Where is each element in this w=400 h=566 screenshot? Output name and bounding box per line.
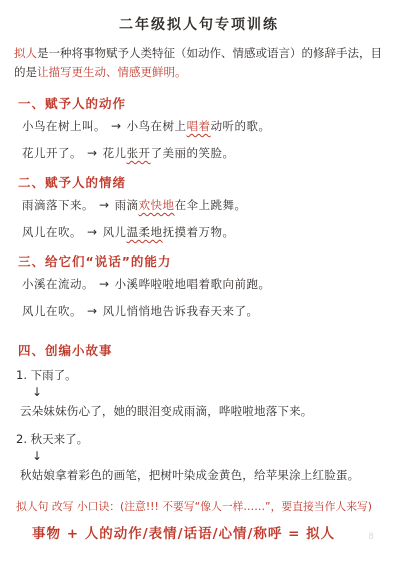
rewritten-post: 动听的歌。 bbox=[211, 119, 271, 133]
plain-sentence: 风儿在吹。 bbox=[22, 304, 82, 318]
example-sentence: 花儿开了。→花儿张开了美丽的笑脸。 bbox=[22, 145, 384, 161]
right-arrow-icon: → bbox=[111, 119, 122, 133]
plain-sentence: 小溪在流动。 bbox=[22, 277, 94, 291]
rewritten-post: 了美丽的笑脸。 bbox=[151, 146, 235, 160]
rewritten-post: 抚摸着万物。 bbox=[163, 225, 235, 239]
rewritten-pre: 雨滴 bbox=[115, 198, 139, 212]
marked-word: 唱着 bbox=[187, 119, 211, 133]
rewritten-post: 悄悄地告诉我春天来了。 bbox=[127, 304, 259, 318]
example-sentence: 雨滴落下来。→雨滴欢快地在伞上跳舞。 bbox=[22, 197, 384, 213]
example-sentence: 小鸟在树上叫。→小鸟在树上唱着动听的歌。 bbox=[22, 118, 384, 134]
intro-paragraph: 拟人是一种将事物赋予人类特征（如动作、情感或语言）的修辞手法，目的是让描写更生动… bbox=[14, 44, 384, 82]
section-heading-speech: 三、给它们“说话”的能力 bbox=[18, 252, 384, 270]
page-title: 二年级拟人句专项训练 bbox=[14, 14, 384, 34]
marked-word: 张开 bbox=[127, 146, 151, 160]
rewritten-pre: 小溪 bbox=[115, 277, 139, 291]
marked-word: 欢快地 bbox=[139, 198, 175, 212]
example-sentence: 小溪在流动。→小溪哗啦啦地唱着歌向前跑。 bbox=[22, 276, 384, 292]
worksheet-page: 二年级拟人句专项训练 拟人是一种将事物赋予人类特征（如动作、情感或语言）的修辞手… bbox=[0, 0, 400, 566]
section-heading-emotions: 二、赋予人的情绪 bbox=[18, 173, 384, 191]
right-arrow-icon: → bbox=[87, 225, 98, 239]
rewrite-tip: 拟人句 改写 小口诀：(注意!!! 不要写“像人一样……”，要直接当作人来写) bbox=[16, 499, 384, 514]
rewritten-pre: 小鸟在树上 bbox=[127, 119, 187, 133]
rewritten-pre: 风儿 bbox=[103, 304, 127, 318]
plain-sentence: 雨滴落下来。 bbox=[22, 198, 94, 212]
down-arrow-icon: ↓ bbox=[32, 449, 384, 463]
down-arrow-icon: ↓ bbox=[32, 385, 384, 399]
intro-term: 拟人 bbox=[14, 46, 37, 60]
rewritten-post: 哗啦啦地唱着歌向前跑。 bbox=[139, 277, 271, 291]
story-prompt: 2. 秋天来了。 bbox=[16, 431, 384, 447]
intro-purpose: 让描写更生动、情感更鲜明。 bbox=[37, 65, 187, 79]
rewritten-pre: 风儿 bbox=[103, 225, 127, 239]
right-arrow-icon: → bbox=[99, 277, 110, 291]
right-arrow-icon: → bbox=[87, 146, 98, 160]
rewritten-post: 在伞上跳舞。 bbox=[175, 198, 247, 212]
marked-word: 温柔地 bbox=[127, 225, 163, 239]
example-sentence: 风儿在吹。→风儿温柔地抚摸着万物。 bbox=[22, 224, 384, 240]
personification-formula: 事物 + 人的动作/表情/话语/心情/称呼 = 拟人 bbox=[32, 522, 384, 542]
story-answer: 云朵妹妹伤心了，她的眼泪变成雨滴，哗啦啦地落下来。 bbox=[20, 403, 384, 419]
section-heading-actions: 一、赋予人的动作 bbox=[18, 94, 384, 112]
rewritten-pre: 花儿 bbox=[103, 146, 127, 160]
story-answer: 秋姑娘拿着彩色的画笔，把树叶染成金黄色，给苹果涂上红脸蛋。 bbox=[20, 467, 384, 483]
right-arrow-icon: → bbox=[99, 198, 110, 212]
plain-sentence: 风儿在吹。 bbox=[22, 225, 82, 239]
right-arrow-icon: → bbox=[87, 304, 98, 318]
page-number: 8 bbox=[368, 532, 374, 542]
story-prompt: 1. 下雨了。 bbox=[16, 367, 384, 383]
plain-sentence: 花儿开了。 bbox=[22, 146, 82, 160]
section-heading-stories: 四、创编小故事 bbox=[18, 341, 384, 359]
example-sentence: 风儿在吹。→风儿悄悄地告诉我春天来了。 bbox=[22, 303, 384, 319]
plain-sentence: 小鸟在树上叫。 bbox=[22, 119, 106, 133]
